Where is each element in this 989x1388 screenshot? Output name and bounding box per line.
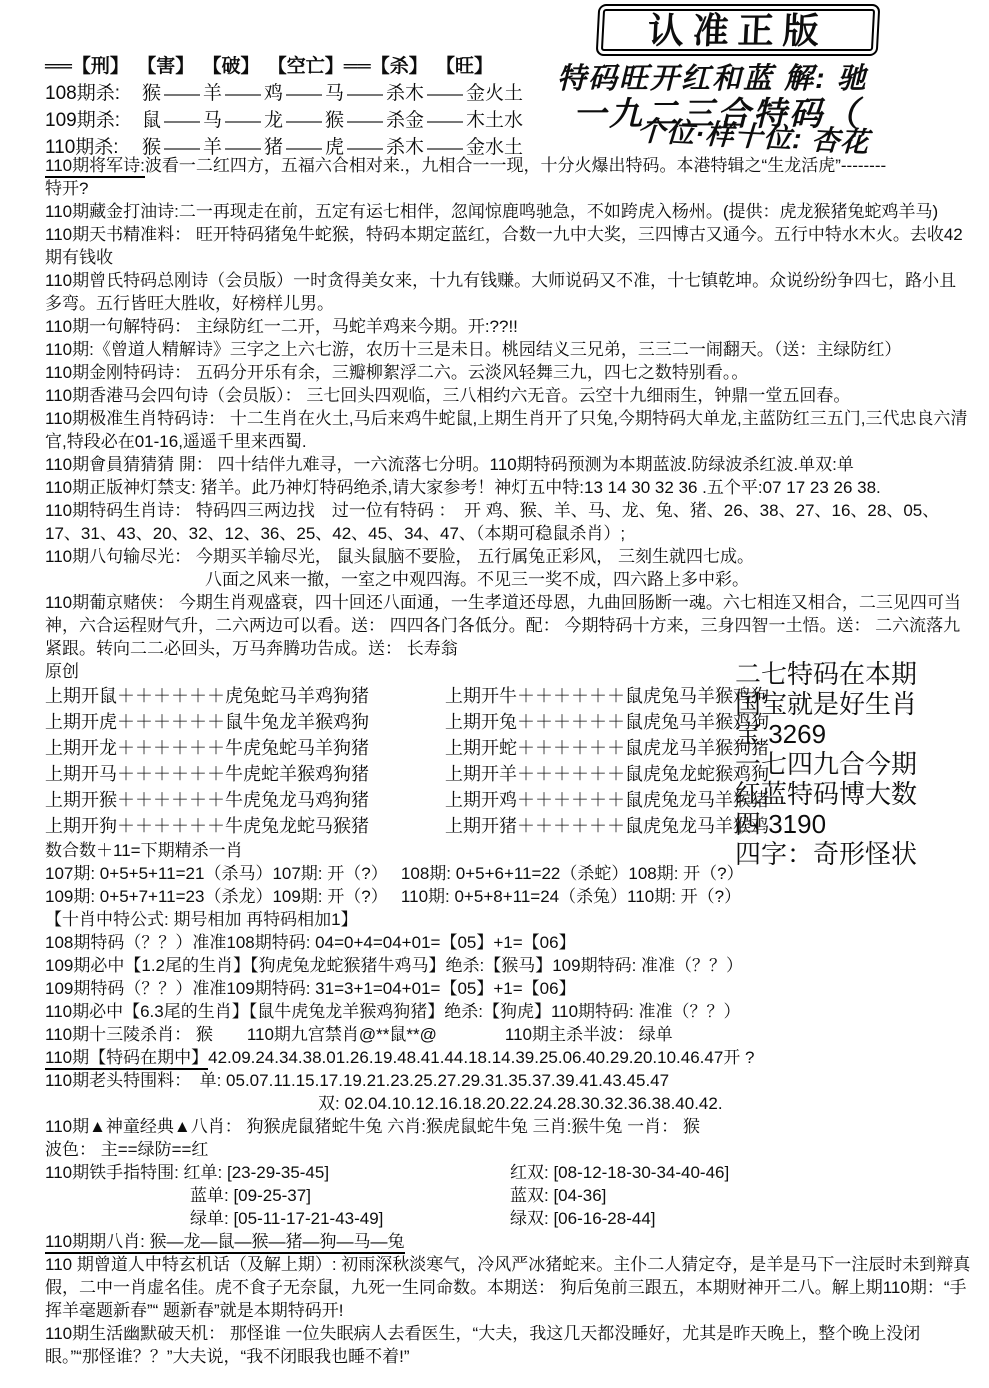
kill-table-header: ══【刑】 【害】 【破】 【空亡】══【杀】 【旺】 — [45, 54, 493, 80]
kill-cell: 猴 — [323, 109, 346, 132]
text-line: 110期會員猜猜猜 開： 四十结伴九难寻，一六流落七分明。110期特码预测为本期… — [45, 453, 971, 476]
iron-right-cell: 绿双: [06-16-28-44] — [510, 1207, 971, 1230]
line-text: 107期: 0+5+5+11=21（杀马）107期: 开（?） 108期: 0+… — [45, 864, 744, 883]
text-line: 110期期八肖: 猴—龙—鼠—猴—猪—狗—马—兔 — [45, 1230, 971, 1253]
text-line: 特开? — [45, 177, 971, 200]
line-text: 110期期八肖: 猴—龙—鼠—猴—猪—狗—马—兔 — [45, 1232, 405, 1254]
authenticity-stamp: 认准正版 — [596, 4, 881, 56]
kill-row-109: 109期杀: 鼠 马 龙 猴 杀金 木土水 — [45, 107, 525, 134]
dash-line — [225, 148, 261, 150]
dash-line — [164, 148, 200, 150]
dash-line — [347, 94, 383, 96]
kill-header-xing: ══【刑】 — [45, 54, 129, 80]
line-text: 109期: 0+5+7+11=23（杀龙）109期: 开（?） 110期: 0+… — [45, 887, 741, 906]
dash-line — [347, 148, 383, 150]
pair-row: 上期开羊＋＋＋＋＋＋鼠虎兔龙蛇猴鸡狗 — [445, 761, 785, 787]
line-text: 110期老头特围料： 单: 05.07.11.15.17.19.21.23.25… — [45, 1071, 669, 1090]
pair-row: 上期开马＋＋＋＋＋＋牛虎蛇羊猴鸡狗猪 — [45, 761, 445, 787]
kill-cell: 羊 — [201, 82, 224, 105]
line-text: 原创 — [45, 662, 79, 681]
verse-section: 110期将军诗:波看一二红四方，五福六合相对来.，九相合一一现，十分火爆出特码。… — [45, 154, 971, 683]
callout-line: 四 3190 — [735, 809, 971, 839]
iron-finger-row: 蓝单: [09-25-37] 蓝双: [04-36] — [45, 1184, 971, 1207]
dash-line — [427, 121, 463, 123]
line-text: 42.09.24.34.38.01.26.19.48.41.44.18.14.3… — [208, 1048, 754, 1067]
iron-left-cell: 蓝单: [09-25-37] — [45, 1184, 510, 1207]
iron-left-cell: 绿单: [05-11-17-21-43-49] — [45, 1207, 510, 1230]
kill-cell: 马 — [201, 109, 224, 132]
pair-row: 上期开兔＋＋＋＋＋＋鼠虎兔马羊猴鸡狗 — [445, 709, 785, 735]
line-text: 110期:《曾道人精解诗》三字之上六七游，农历十三是未日。桃园结义三兄弟，三三二… — [45, 340, 901, 359]
pair-row: 上期开鼠＋＋＋＋＋＋虎兔蛇马羊鸡狗猪 — [45, 683, 445, 709]
text-line: 110期正版神灯禁支: 猪羊。此乃神灯特码绝杀,请大家参考！神灯五中特:13 1… — [45, 476, 971, 499]
text-line: 110期曾氏特码总刚诗（会员版）一时贪得美女来，十九有钱赚。大师说码又不准，十七… — [45, 269, 971, 315]
kill-header-po: 【破】 — [202, 54, 259, 80]
line-text: 双: 02.04.10.12.16.18.20.22.24.28.30.32.3… — [318, 1094, 723, 1113]
handwritten-note-1: 特码旺开红和蓝 解: 驰 — [557, 68, 868, 91]
line-text: 八面之风来一撤，一室之中观四海。不见三一奖不成，四六路上多中彩。 — [205, 570, 749, 589]
kill-header-hai: 【害】 — [137, 54, 194, 80]
kill-cell: 猴 — [140, 136, 163, 159]
line-label: 110期【特码在期中】 — [45, 1048, 208, 1070]
line-text: 110期香港马会四句诗（会员版）： 三七回头四观临，三八相约六无音。云空十九细雨… — [45, 386, 850, 405]
callout-line: 红蓝特码博大数 — [735, 779, 971, 809]
text-line: 波色： 主==绿防==红 — [45, 1138, 971, 1161]
line-text: 数合数＋11=下期精杀一肖 — [45, 841, 243, 860]
formula-section: 107期: 0+5+5+11=21（杀马）107期: 开（?） 108期: 0+… — [45, 862, 971, 1161]
kill-row-label: 110期杀: — [45, 136, 140, 159]
text-line: 110 期曾道人中特玄机话（及解上期）: 初雨深秋淡寒气，冷风严冰猪蛇来。主仆二… — [45, 1253, 971, 1322]
line-text: 110期生活幽默破天机： 那怪谁 一位失眠病人去看医生，“大夫，我这几天都没睡好… — [45, 1324, 920, 1366]
pair-row: 上期开牛＋＋＋＋＋＋鼠虎兔马羊猴鸡狗 — [445, 683, 785, 709]
kill-header-kongwang-sha: 【空亡】══【杀】 — [268, 54, 428, 80]
text-line: 109期: 0+5+7+11=23（杀龙）109期: 开（?） 110期: 0+… — [45, 885, 971, 908]
top-header: ══【刑】 【害】 【破】 【空亡】══【杀】 【旺】 108期杀: 猴 羊 鸡… — [45, 4, 971, 154]
text-line: 110期▲神童经典▲八肖： 狗猴虎鼠猪蛇牛兔 六肖:猴虎鼠蛇牛兔 三肖:猴牛兔 … — [45, 1115, 971, 1138]
text-line: 110期生活幽默破天机： 那怪谁 一位失眠病人去看医生，“大夫，我这几天都没睡好… — [45, 1322, 971, 1368]
iron-finger-row: 绿单: [05-11-17-21-43-49] 绿双: [06-16-28-44… — [45, 1207, 971, 1230]
kill-cell: 杀木 — [384, 82, 426, 105]
line-text: 110期金刚特码诗： 五码分开乐有余，三瓣柳絮浮二六。云淡风轻舞三九，四七之数特… — [45, 363, 748, 382]
line-text: 110期正版神灯禁支: 猪羊。此乃神灯特码绝杀,请大家参考！神灯五中特:13 1… — [45, 478, 881, 497]
line-text: 110期必中【6.3尾的生肖】【鼠牛虎兔龙羊猴鸡狗猪】绝杀:【狗虎】110期特码… — [45, 1002, 741, 1021]
iron-right-cell: 红双: [08-12-18-30-34-40-46] — [510, 1161, 971, 1184]
callout-line: 国宝就是好生肖 — [735, 689, 971, 719]
text-line: 110期:《曾道人精解诗》三字之上六七游，农历十三是未日。桃园结义三兄弟，三三二… — [45, 338, 971, 361]
text-line: 110期极准生肖特码诗： 十二生肖在火土,马后来鸡牛蛇鼠,上期生肖开了只兔,今期… — [45, 407, 971, 453]
kill-row-label: 109期杀: — [45, 109, 140, 132]
line-text: 110期會員猜猜猜 開： 四十结伴九难寻，一六流落七分明。110期特码预测为本期… — [45, 455, 854, 474]
dash-line — [286, 94, 322, 96]
kill-row-110: 110期杀: 猴 羊 猪 虎 杀木 金水土 — [45, 134, 525, 161]
iron-left-cell: 110期铁手指特围: 红单: [23-29-35-45] — [45, 1161, 510, 1184]
pair-row: 上期开蛇＋＋＋＋＋＋鼠虎龙马羊猴狗猪 — [445, 735, 785, 761]
text-line: 109期特码（？？）准准109期特码: 31=3+1=04+01=【05】+1=… — [45, 977, 971, 1000]
kill-cell: 木土水 — [464, 109, 525, 132]
line-text: 110期▲神童经典▲八肖： 狗猴虎鼠猪蛇牛兔 六肖:猴虎鼠蛇牛兔 三肖:猴牛兔 … — [45, 1117, 700, 1136]
dash-line — [164, 94, 200, 96]
text-line: 110期八句输尽光： 今期买羊输尽光， 鼠头鼠脑不要脸， 五行属兔正彩风， 三刻… — [45, 545, 971, 568]
line-text: 109期特码（？？）准准109期特码: 31=3+1=04+01=【05】+1=… — [45, 979, 576, 998]
kill-cell: 杀木 — [384, 136, 426, 159]
text-line: 110期藏金打油诗:二一再现走在前，五定有运七相伴，忽闻惊鹿鸣驰急，不如跨虎入杨… — [45, 200, 971, 223]
last-period-section: 上期开鼠＋＋＋＋＋＋虎兔蛇马羊鸡狗猪上期开虎＋＋＋＋＋＋鼠牛兔龙羊猴鸡狗上期开龙… — [45, 683, 971, 862]
line-text: 110期藏金打油诗:二一再现走在前，五定有运七相伴，忽闻惊鹿鸣驰急，不如跨虎入杨… — [45, 202, 938, 221]
pair-right-column: 上期开牛＋＋＋＋＋＋鼠虎兔马羊猴鸡狗上期开兔＋＋＋＋＋＋鼠虎兔马羊猴鸡狗上期开蛇… — [445, 683, 785, 839]
callout-line: 二七特码在本期 — [735, 659, 971, 689]
text-line: 110期十三陵杀肖： 猴 110期九宫禁肖@**鼠**@ 110期主杀半波： 绿… — [45, 1023, 971, 1046]
line-text: 108期特码（？？）准准108期特码: 04=0+4=04+01=【05】+1=… — [45, 933, 576, 952]
line-text: 110期八句输尽光： 今期买羊输尽光， 鼠头鼠脑不要脸， 五行属兔正彩风， 三刻… — [45, 547, 754, 566]
dash-line — [164, 121, 200, 123]
kill-table: ══【刑】 【害】 【破】 【空亡】══【杀】 【旺】 108期杀: 猴 羊 鸡… — [45, 4, 527, 161]
dash-line — [286, 148, 322, 150]
line-text: 110期十三陵杀肖： 猴 110期九宫禁肖@**鼠**@ 110期主杀半波： 绿… — [45, 1025, 673, 1044]
callout-line: 一七四九合今期 — [735, 749, 971, 779]
line-text: 110期一句解特码： 主绿防红一二开，马蛇羊鸡来今期。开:??!! — [45, 317, 518, 336]
iron-finger-section: 110期铁手指特围: 红单: [23-29-35-45] 红双: [08-12-… — [45, 1161, 971, 1230]
closing-section: 110期期八肖: 猴—龙—鼠—猴—猪—狗—马—兔110 期曾道人中特玄机话（及解… — [45, 1230, 971, 1368]
text-line: 110期一句解特码： 主绿防红一二开，马蛇羊鸡来今期。开:??!! — [45, 315, 971, 338]
line-text: 110期极准生肖特码诗： 十二生肖在火土,马后来鸡牛蛇鼠,上期生肖开了只兔,今期… — [45, 409, 967, 451]
kill-cell: 鼠 — [140, 109, 163, 132]
pair-row: 上期开龙＋＋＋＋＋＋牛虎兔蛇马羊狗猪 — [45, 735, 445, 761]
text-line: 【十肖中特公式: 期号相加 再特码相加1】 — [45, 908, 971, 931]
callout-line: 四字：奇形怪状 — [735, 839, 971, 869]
text-line: 双: 02.04.10.12.16.18.20.22.24.28.30.32.3… — [45, 1092, 971, 1115]
dash-line — [347, 121, 383, 123]
iron-finger-row: 110期铁手指特围: 红单: [23-29-35-45] 红双: [08-12-… — [45, 1161, 971, 1184]
kill-cell: 猪 — [262, 136, 285, 159]
text-line: 110期天书精准料： 旺开特码猪兔牛蛇猴，特码本期定蓝红，合数一九中大奖，三四博… — [45, 223, 971, 269]
side-callout: 二七特码在本期国宝就是好生肖宝 3269一七四九合今期红蓝特码博大数四 3190… — [735, 659, 971, 869]
kill-cell: 杀金 — [384, 109, 426, 132]
tip-sheet-page: ══【刑】 【害】 【破】 【空亡】══【杀】 【旺】 108期杀: 猴 羊 鸡… — [0, 0, 989, 1388]
dash-line — [427, 94, 463, 96]
dash-line — [225, 121, 261, 123]
text-line: 110期葡京赌侠： 今期生肖观盛衰，四十回还八面通，一生孝道还母恩，九曲回肠断一… — [45, 591, 971, 660]
kill-cell: 虎 — [323, 136, 346, 159]
iron-right-cell: 蓝双: [04-36] — [510, 1184, 971, 1207]
pair-row: 上期开鸡＋＋＋＋＋＋鼠虎兔龙马羊猴猪 — [445, 787, 785, 813]
text-line: 108期特码（？？）准准108期特码: 04=0+4=04+01=【05】+1=… — [45, 931, 971, 954]
line-text: 波色： 主==绿防==红 — [45, 1140, 208, 1159]
line-text: 110期天书精准料： 旺开特码猪兔牛蛇猴，特码本期定蓝红，合数一九中大奖，三四博… — [45, 225, 963, 267]
text-line: 110期老头特围料： 单: 05.07.11.15.17.19.21.23.25… — [45, 1069, 971, 1092]
line-text: 110期葡京赌侠： 今期生肖观盛衰，四十回还八面通，一生孝道还母恩，九曲回肠断一… — [45, 593, 961, 658]
kill-cell: 羊 — [201, 136, 224, 159]
text-line: 109期必中【1.2尾的生肖】【狗虎兔龙蛇猴猪牛鸡马】绝杀:【猴马】109期特码… — [45, 954, 971, 977]
kill-cell: 金火土 — [464, 82, 525, 105]
line-text: 特开? — [45, 179, 88, 198]
kill-header-wang: 【旺】 — [436, 54, 493, 80]
pair-row: 上期开虎＋＋＋＋＋＋鼠牛兔龙羊猴鸡狗 — [45, 709, 445, 735]
kill-cell: 金水土 — [464, 136, 525, 159]
line-text: 110期特码生肖诗： 特码四三两边找 过一位有特码 ： 开 鸡、猴、羊、马、龙、… — [45, 501, 939, 543]
dash-line — [286, 121, 322, 123]
kill-row-label: 108期杀: — [45, 82, 140, 105]
line-text: 110 期曾道人中特玄机话（及解上期）: 初雨深秋淡寒气，冷风严冰猪蛇来。主仆二… — [45, 1255, 970, 1320]
text-line: 八面之风来一撤，一室之中观四海。不见三一奖不成，四六路上多中彩。 — [45, 568, 971, 591]
kill-cell: 猴 — [140, 82, 163, 105]
kill-cell: 马 — [323, 82, 346, 105]
pair-row: 上期开猴＋＋＋＋＋＋牛虎兔龙马鸡狗猪 — [45, 787, 445, 813]
text-line: 110期【特码在期中】42.09.24.34.38.01.26.19.48.41… — [45, 1046, 971, 1069]
pair-left-column: 上期开鼠＋＋＋＋＋＋虎兔蛇马羊鸡狗猪上期开虎＋＋＋＋＋＋鼠牛兔龙羊猴鸡狗上期开龙… — [45, 683, 445, 839]
text-line: 110期特码生肖诗： 特码四三两边找 过一位有特码 ： 开 鸡、猴、羊、马、龙、… — [45, 499, 971, 545]
line-text: 109期必中【1.2尾的生肖】【狗虎兔龙蛇猴猪牛鸡马】绝杀:【猴马】109期特码… — [45, 956, 743, 975]
dash-line — [225, 94, 261, 96]
kill-cell: 龙 — [262, 109, 285, 132]
text-line: 110期香港马会四句诗（会员版）： 三七回头四观临，三八相约六无音。云空十九细雨… — [45, 384, 971, 407]
text-line: 110期必中【6.3尾的生肖】【鼠牛虎兔龙羊猴鸡狗猪】绝杀:【狗虎】110期特码… — [45, 1000, 971, 1023]
callout-line: 宝 3269 — [735, 719, 971, 749]
text-line: 110期金刚特码诗： 五码分开乐有余，三瓣柳絮浮二六。云淡风轻舞三九，四七之数特… — [45, 361, 971, 384]
kill-row-108: 108期杀: 猴 羊 鸡 马 杀木 金火土 — [45, 80, 525, 107]
line-text: 110期曾氏特码总刚诗（会员版）一时贪得美女来，十九有钱赚。大师说码又不准，十七… — [45, 271, 956, 313]
pair-row: 上期开狗＋＋＋＋＋＋牛虎兔龙蛇马猴猪 — [45, 813, 445, 839]
kill-cell: 鸡 — [262, 82, 285, 105]
pair-row: 上期开猪＋＋＋＋＋＋鼠虎兔龙马羊猴鸡 — [445, 813, 785, 839]
dash-line — [427, 148, 463, 150]
line-text: 【十肖中特公式: 期号相加 再特码相加1】 — [45, 910, 358, 929]
